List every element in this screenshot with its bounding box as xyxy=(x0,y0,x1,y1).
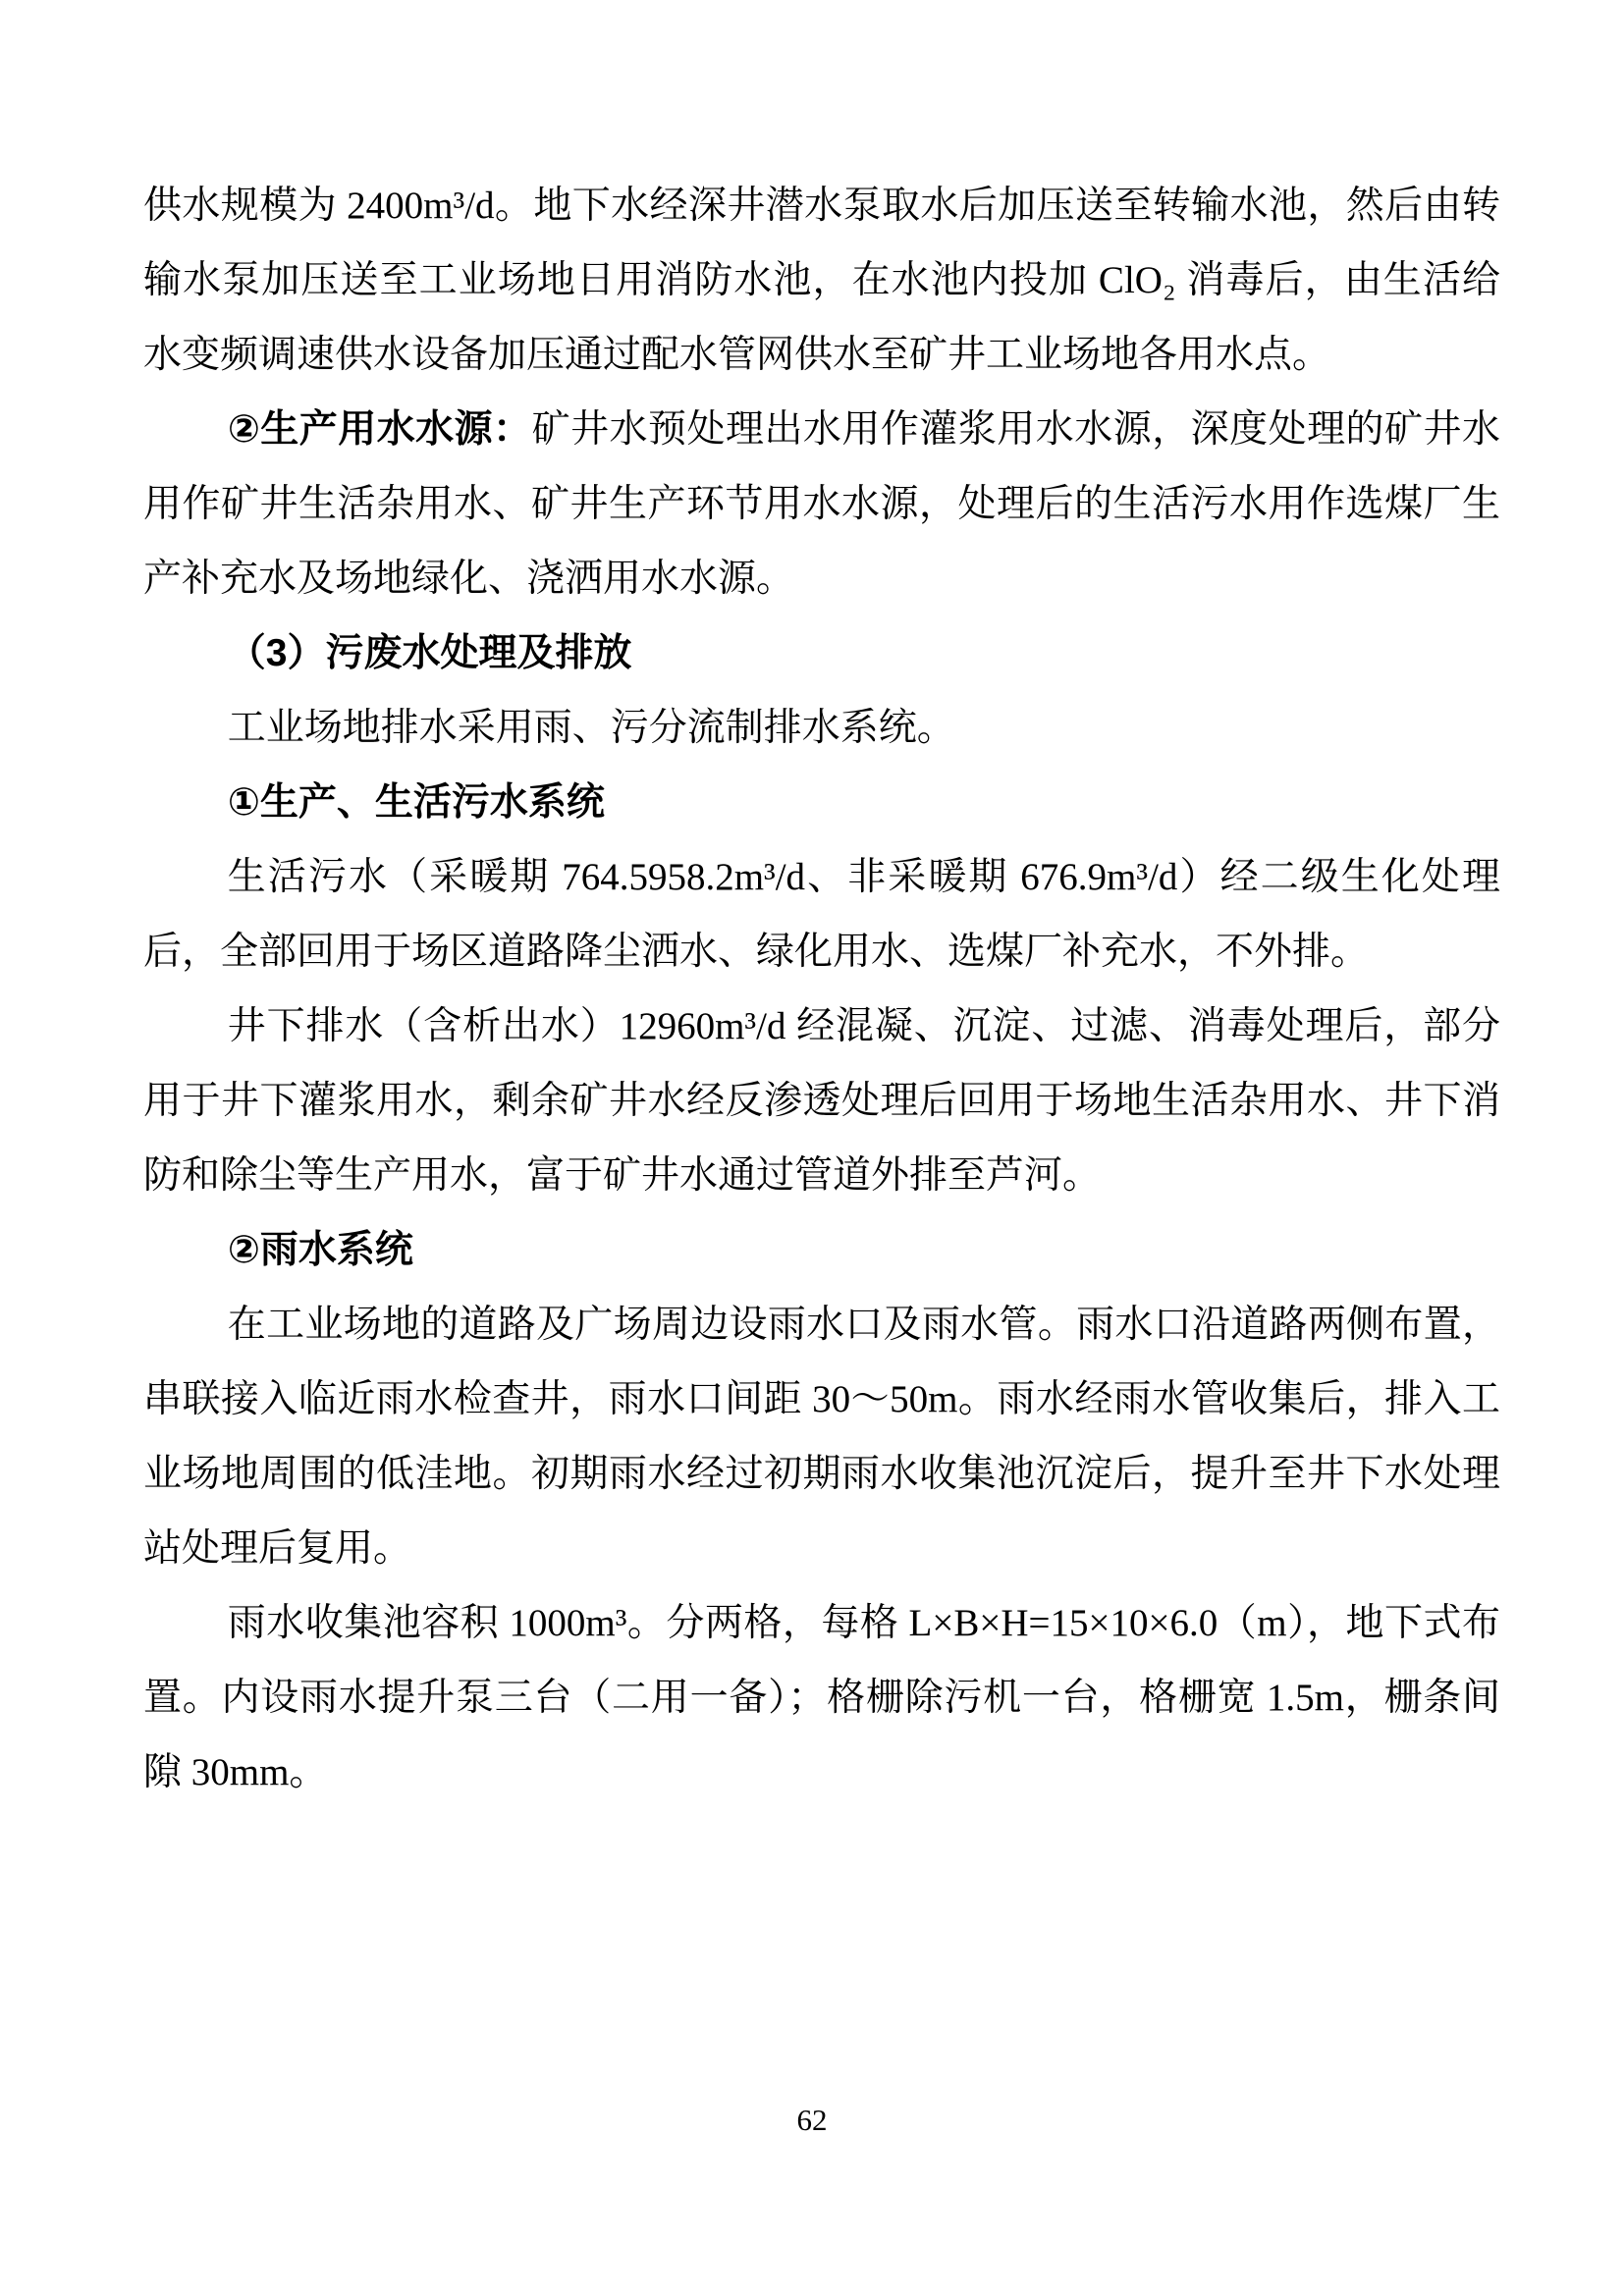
document-body: 供水规模为 2400m³/d。地下水经深井潜水泵取水后加压送至转输水池，然后由转… xyxy=(143,169,1500,1810)
paragraph-drainage-system: 工业场地排水采用雨、污分流制排水系统。 xyxy=(143,691,1500,766)
section-heading-sewage-system: ①生产、生活污水系统 xyxy=(143,766,1500,840)
section-heading-rainwater-system: ②雨水系统 xyxy=(143,1213,1500,1288)
paragraph-rainwater-collection: 在工业场地的道路及广场周边设雨水口及雨水管。雨水口沿道路两侧布置，串联接入临近雨… xyxy=(143,1288,1500,1586)
paragraph-lead-production-water-source: ②生产用水水源： xyxy=(228,408,532,451)
paragraph-domestic-sewage: 生活污水（采暖期 764.5958.2m³/d、非采暖期 676.9m³/d）经… xyxy=(143,840,1500,989)
section-heading-wastewater-treatment: （3）污废水处理及排放 xyxy=(143,616,1500,691)
document-page: 供水规模为 2400m³/d。地下水经深井潜水泵取水后加压送至转输水池，然后由转… xyxy=(0,0,1624,2296)
paragraph-rainwater-pool: 雨水收集池容积 1000m³。分两格，每格 L×B×H=15×10×6.0（m）… xyxy=(143,1586,1500,1810)
page-number: 62 xyxy=(0,2101,1624,2140)
paragraph-mine-drainage: 井下排水（含析出水）12960m³/d 经混凝、沉淀、过滤、消毒处理后，部分用于… xyxy=(143,989,1500,1213)
paragraph-production-water-source: ②生产用水水源：矿井水预处理出水用作灌浆用水水源，深度处理的矿井水用作矿井生活杂… xyxy=(143,393,1500,616)
paragraph-water-supply-continuation: 供水规模为 2400m³/d。地下水经深井潜水泵取水后加压送至转输水池，然后由转… xyxy=(143,169,1500,393)
